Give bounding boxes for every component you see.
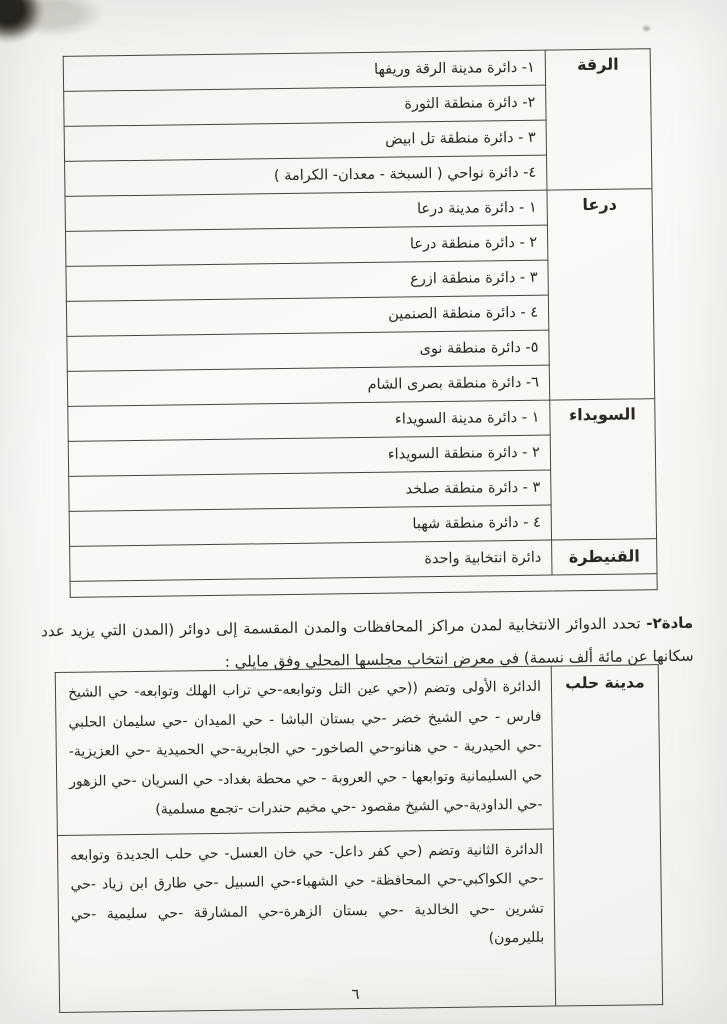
governorate-cell-daraa: درعا [547, 189, 655, 400]
governorate-cell-sweida: السويداء [550, 399, 657, 540]
governorate-cell-quneitra: القنيطرة [552, 539, 657, 575]
scanned-document-page: الرقة ١- دائرة مدينة الرقة وريفها ٢- دائ… [0, 0, 727, 1024]
table-row: الرقة ١- دائرة مدينة الرقة وريفها [63, 49, 650, 92]
governorate-cell-raqqa: الرقة [545, 49, 652, 190]
scan-content: الرقة ١- دائرة مدينة الرقة وريفها ٢- دائ… [0, 0, 727, 1024]
city-districts-table: مدينة حلب الدائرة الأولى وتضم ((حي عين ا… [55, 664, 663, 1012]
page-number: ٦ [0, 985, 727, 1003]
first-district-cell: الدائرة الأولى وتضم ((حي عين التل وتوابع… [55, 666, 553, 835]
table-row: مدينة حلب الدائرة الأولى وتضم ((حي عين ا… [55, 665, 660, 835]
scan-blotch-artifact [0, 0, 102, 70]
scan-speck-artifact [643, 26, 650, 31]
page-number-value: ٦ [351, 985, 359, 1003]
table-row: السويداء ١ - دائرة مدينة السويداء [68, 399, 655, 442]
article-2-text: تحدد الدوائر الانتخابية لمدن مراكز المحا… [41, 614, 694, 671]
governorate-districts-table: الرقة ١- دائرة مدينة الرقة وريفها ٢- دائ… [63, 48, 658, 598]
table-row: درعا ١ - دائرة مدينة درعا [65, 189, 652, 232]
article-2-label: مادة٢- [646, 614, 693, 633]
city-cell-aleppo: مدينة حلب [551, 665, 662, 1006]
